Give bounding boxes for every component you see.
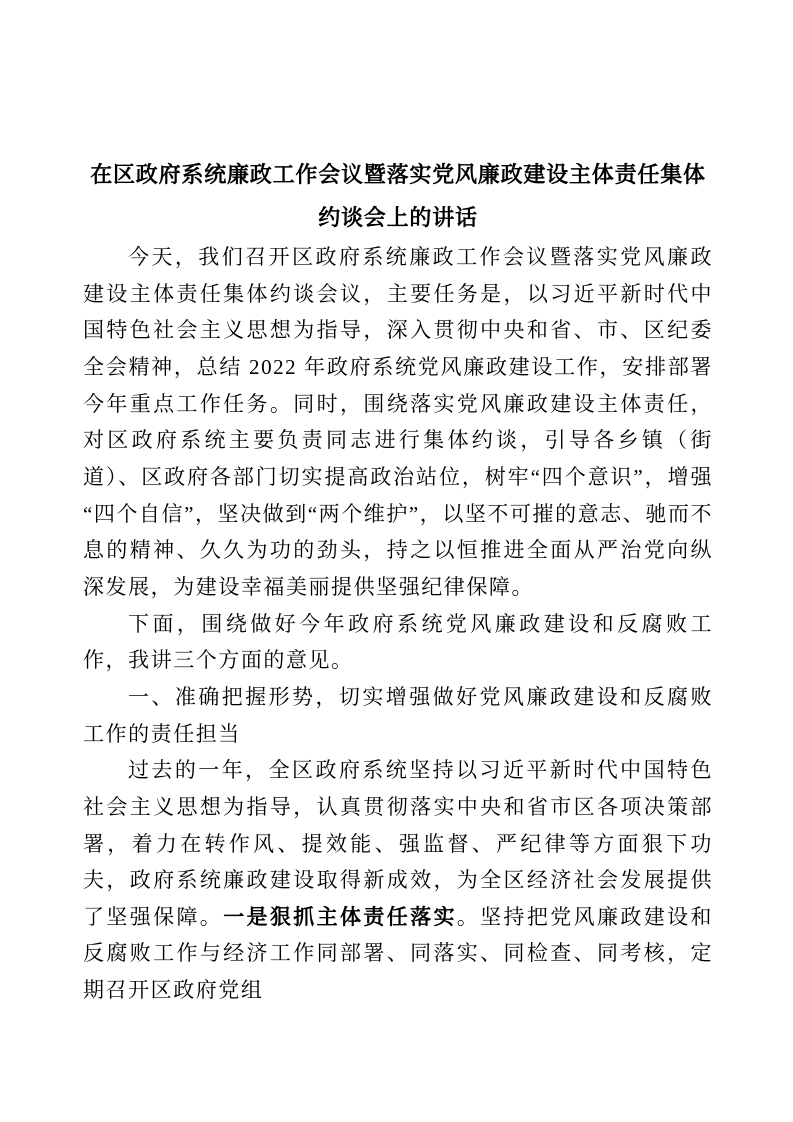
review-bold-point-one: 一是狠抓主体责任落实 [223,905,457,929]
paragraph-opening: 今天，我们召开区政府系统廉政工作会议暨落实党风廉政建设主体责任集体约谈会议，主要… [83,239,713,606]
title-line-2: 约谈会上的讲话 [83,196,713,239]
document-title: 在区政府系统廉政工作会议暨落实党风廉政建设主体责任集体 约谈会上的讲话 [83,153,713,239]
review-text-lead: 过去的一年，全区政府系统坚持以习近平新时代中国特色社会主义思想为指导，认真贯彻落… [83,758,713,929]
title-line-1: 在区政府系统廉政工作会议暨落实党风廉政建设主体责任集体 [83,153,713,196]
paragraph-section-one-heading: 一、准确把握形势，切实增强做好党风廉政建设和反腐败工作的责任担当 [83,679,713,752]
paragraph-transition: 下面，围绕做好今年政府系统党风廉政建设和反腐败工作，我讲三个方面的意见。 [83,606,713,679]
paragraph-review: 过去的一年，全区政府系统坚持以习近平新时代中国特色社会主义思想为指导，认真贯彻落… [83,752,713,1009]
document-page: 在区政府系统廉政工作会议暨落实党风廉政建设主体责任集体 约谈会上的讲话 今天，我… [0,0,793,1122]
